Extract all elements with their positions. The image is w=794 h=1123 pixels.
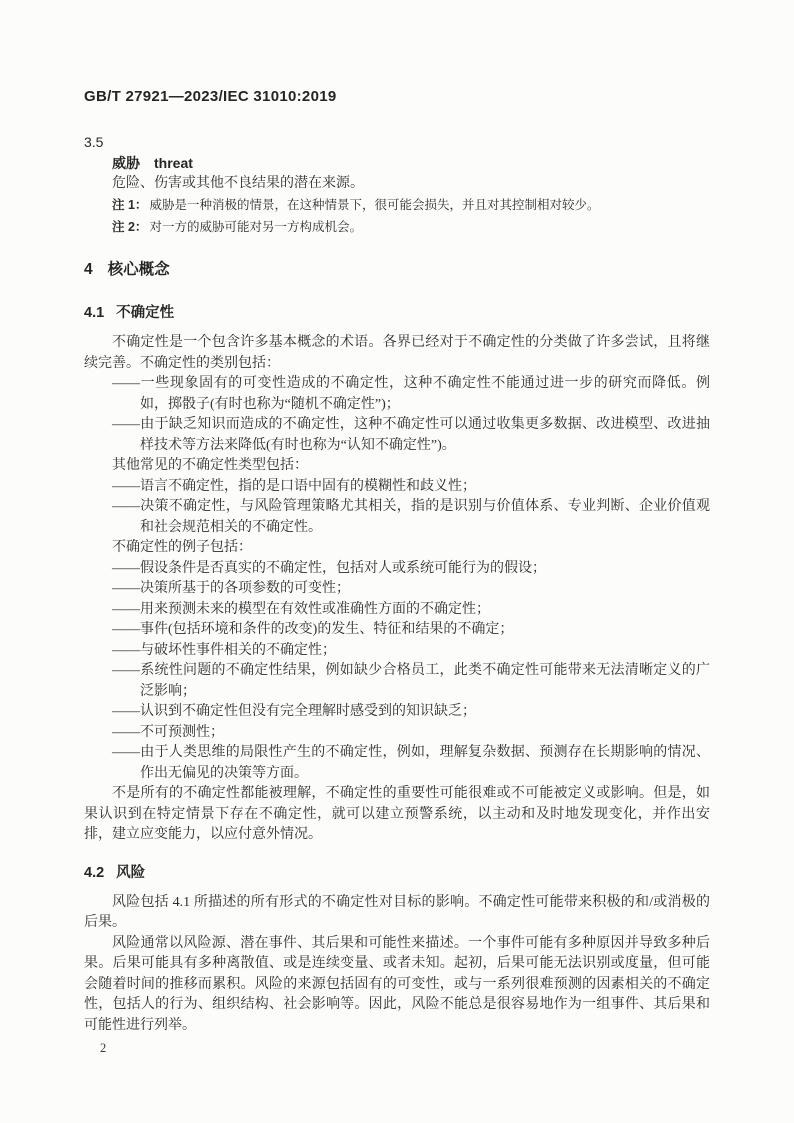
page-number: 2 (100, 1039, 710, 1057)
clause-number: 3.5 (84, 132, 710, 153)
term-section-3-5: 3.5 威胁threat 危险、伤害或其他不良结果的潜在来源。 注 1：威胁是一… (84, 132, 710, 238)
note-1-text: 威胁是一种消极的情景，在这种情景下，很可能会损失，并且对其控制相对较少。 (149, 198, 599, 212)
term-title: 威胁threat (112, 153, 710, 174)
list-item: ——不可预测性； (140, 723, 710, 744)
list-item: ——与破坏性事件相关的不确定性； (140, 641, 710, 662)
note-2-text: 对一方的威胁可能对另一方构成机会。 (149, 220, 362, 234)
term-definition: 危险、伤害或其他不良结果的潜在来源。 (112, 174, 710, 195)
list-item: ——事件(包括环境和条件的改变)的发生、特征和结果的不确定； (140, 620, 710, 641)
paragraph-other-types-lead: 其他常见的不确定性类型包括： (84, 456, 710, 477)
list-item: ——语言不确定性，指的是口语中固有的模糊性和歧义性； (140, 477, 710, 498)
section-4-2-title: 风险 (116, 865, 145, 881)
document-page: GB/T 27921—2023/IEC 31010:2019 3.5 威胁thr… (0, 0, 794, 1123)
list-item: ——决策不确定性，与风险管理策略尤其相关，指的是识别与价值体系、专业判断、企业价… (140, 497, 710, 538)
chapter-title: 核心概念 (108, 261, 170, 278)
section-4-2-heading: 4.2风险 (84, 862, 710, 885)
paragraph-uncertainty-closing: 不是所有的不确定性都能被理解，不确定性的重要性可能很难或不可能被定义或影响。但是… (84, 784, 710, 846)
list-item: ——假设条件是否真实的不确定性，包括对人或系统可能行为的假设； (140, 559, 710, 580)
list-item: ——由于人类思维的局限性产生的不确定性，例如，理解复杂数据、预测存在长期影响的情… (140, 743, 710, 784)
term-note-1: 注 1：威胁是一种消极的情景，在这种情景下，很可能会损失，并且对其控制相对较少。 (112, 194, 710, 216)
other-uncertainty-type-list: ——语言不确定性，指的是口语中固有的模糊性和歧义性； ——决策不确定性，与风险管… (84, 477, 710, 539)
paragraph-risk-2: 风险通常以风险源、潜在事件、其后果和可能性来描述。一个事件可能有多种原因并导致多… (84, 934, 710, 1037)
term-en: threat (154, 155, 193, 171)
term-zh: 威胁 (112, 155, 140, 171)
paragraph-risk-1: 风险包括 4.1 所描述的所有形式的不确定性对目标的影响。不确定性可能带来积极的… (84, 893, 710, 934)
paragraph-uncertainty-intro: 不确定性是一个包含许多基本概念的术语。各界已经对于不确定性的分类做了许多尝试，且… (84, 333, 710, 374)
chapter-number: 4 (84, 261, 93, 278)
standard-number-header: GB/T 27921—2023/IEC 31010:2019 (84, 88, 710, 106)
section-4-1-title: 不确定性 (116, 305, 174, 321)
paragraph-examples-lead: 不确定性的例子包括： (84, 538, 710, 559)
list-item: ——由于缺乏知识而造成的不确定性，这种不确定性可以通过收集更多数据、改进模型、改… (140, 415, 710, 456)
section-4-2-number: 4.2 (84, 865, 104, 881)
uncertainty-example-list: ——假设条件是否真实的不确定性，包括对人或系统可能行为的假设； ——决策所基于的… (84, 559, 710, 785)
chapter-heading: 4核心概念 (84, 258, 710, 282)
note-1-label: 注 1： (112, 198, 147, 212)
section-4-1: 4.1不确定性 不确定性是一个包含许多基本概念的术语。各界已经对于不确定性的分类… (84, 302, 710, 846)
list-item: ——用来预测未来的模型在有效性或准确性方面的不确定性； (140, 600, 710, 621)
note-2-label: 注 2： (112, 220, 147, 234)
list-item: ——一些现象固有的可变性造成的不确定性，这种不确定性不能通过进一步的研究而降低。… (140, 374, 710, 415)
term-note-2: 注 2：对一方的威胁可能对另一方构成机会。 (112, 216, 710, 238)
uncertainty-type-list: ——一些现象固有的可变性造成的不确定性，这种不确定性不能通过进一步的研究而降低。… (84, 374, 710, 456)
section-4-1-number: 4.1 (84, 305, 104, 321)
list-item: ——认识到不确定性但没有完全理解时感受到的知识缺乏； (140, 702, 710, 723)
section-4-2: 4.2风险 风险包括 4.1 所描述的所有形式的不确定性对目标的影响。不确定性可… (84, 862, 710, 1037)
section-4-1-heading: 4.1不确定性 (84, 302, 710, 325)
list-item: ——系统性问题的不确定性结果，例如缺少合格员工，此类不确定性可能带来无法清晰定义… (140, 661, 710, 702)
list-item: ——决策所基于的各项参数的可变性； (140, 579, 710, 600)
